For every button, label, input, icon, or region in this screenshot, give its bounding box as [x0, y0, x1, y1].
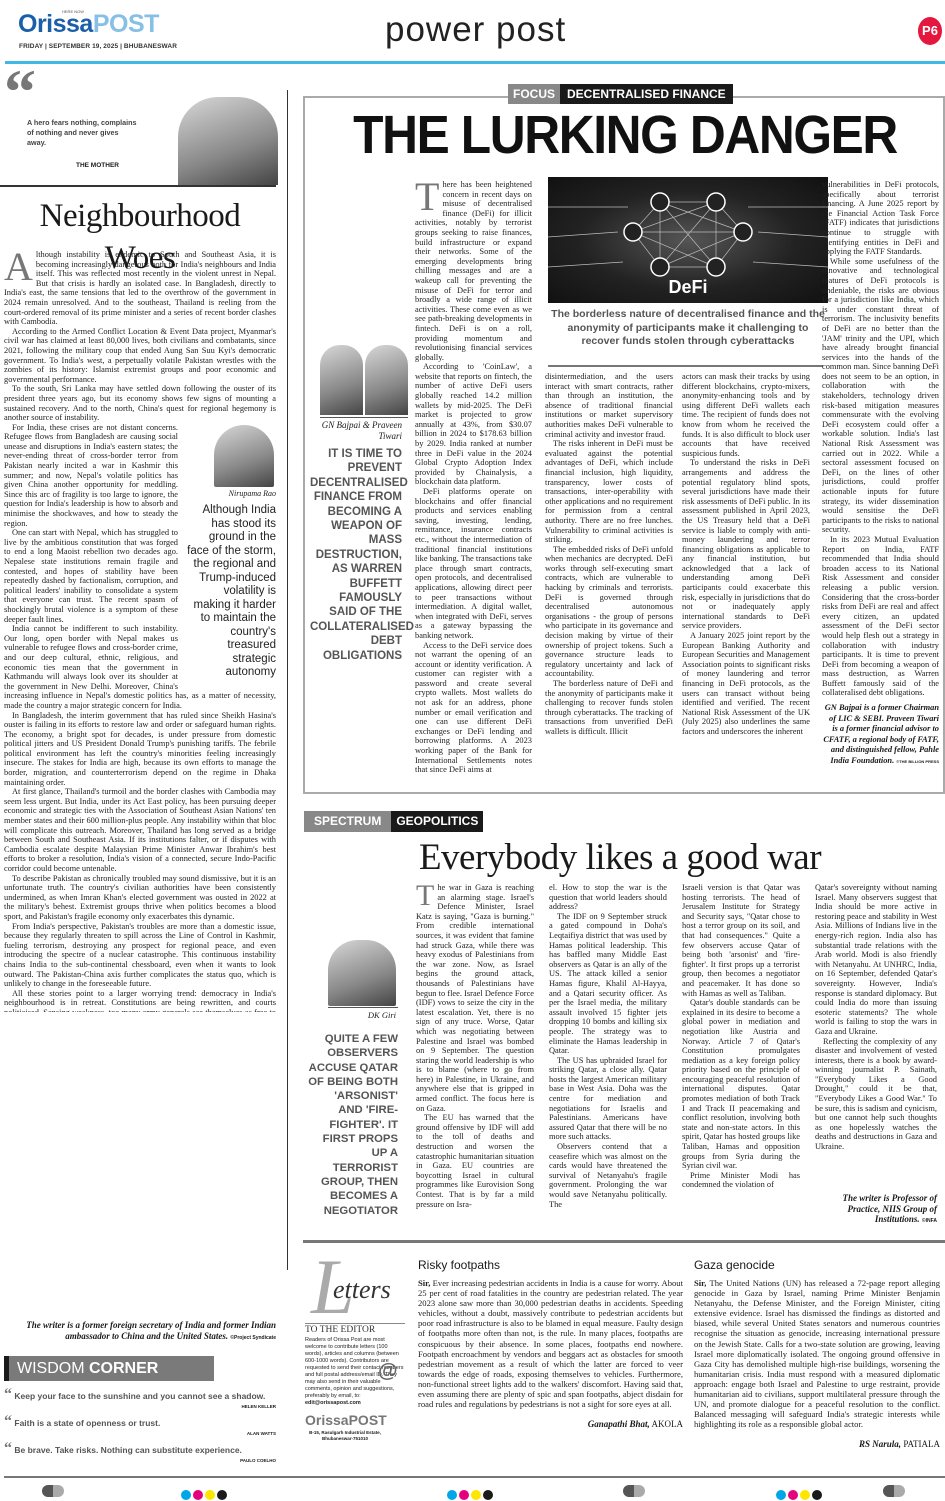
focus-authors-photo — [320, 345, 408, 415]
spectrum-col-3: Israeli version is that Qatar was hostin… — [682, 883, 800, 1228]
letter-gaza-genocide: Gaza genocide Sir, The United Nations (U… — [694, 1258, 940, 1449]
the-mother-photo — [178, 97, 278, 185]
wisdom-quote: “ Faith is a state of openness or trust.… — [4, 1413, 276, 1436]
masthead-rule — [5, 61, 945, 64]
divider — [0, 185, 276, 187]
quote-icon: “ — [4, 1440, 12, 1457]
divider — [4, 1476, 945, 1478]
spectrum-col-1: T he war in Gaza is reaching an alarming… — [416, 883, 534, 1228]
divider — [548, 365, 823, 367]
wisdom-corner: WISDOM CORNER “ Keep your face to the su… — [4, 1356, 276, 1463]
spectrum-col-4: Qatar's sovereignty without naming Israe… — [815, 883, 937, 1183]
quote-attribution: THE MOTHER — [76, 162, 119, 169]
author-photo-praveen-tiwari — [365, 345, 408, 415]
divider — [303, 1240, 945, 1243]
spectrum-pull-quote: Quite a few observers accuse Qatar of be… — [308, 1032, 398, 1218]
author-photo-gn-bajpai — [320, 345, 363, 415]
quote-box: “ A hero fears nothing, complains of not… — [0, 68, 285, 186]
column-divider — [287, 90, 288, 1270]
focus-authors: GN Bajpai & Praveen Tiwari — [320, 420, 402, 442]
letter-signature: Ganapathi Bhat, AKOLA — [418, 1419, 683, 1429]
spectrum-article-footer: The writer is Professor of Practice, NII… — [815, 1193, 937, 1227]
letters-masthead: L etters TO THE EDITOR Readers of Orissa… — [305, 1255, 405, 1442]
quote-icon: “ — [4, 1413, 12, 1430]
page-badge: P6 — [918, 17, 942, 45]
cmyk-dots-icon — [776, 1485, 824, 1501]
logo-tag: HERE NOW — [62, 9, 84, 14]
print-marks — [0, 1484, 945, 1498]
focus-kicker: FOCUS DECENTRALISED FINANCE — [508, 84, 733, 104]
letters-address: B-15, Rasulgarh Industrial Estate, Bhuba… — [305, 1430, 385, 1442]
quote-text: A hero fears nothing, complains of nothi… — [27, 118, 137, 148]
dropcap: A — [4, 251, 33, 283]
spectrum-headline: Everybody likes a good war — [400, 836, 840, 880]
letters-title: etters — [333, 1275, 391, 1305]
focus-headline: THE LURKING DANGER — [340, 104, 910, 166]
at-icon: @ — [378, 1360, 398, 1383]
wisdom-quote: “ Keep your face to the sunshine and you… — [4, 1386, 276, 1409]
wisdom-quote: “ Be brave. Take risks. Nothing can subs… — [4, 1440, 276, 1463]
spectrum-col-2: el. How to stop the war is the question … — [549, 883, 667, 1228]
spectrum-author: DK Giri — [328, 1010, 396, 1020]
registration-mark-icon — [42, 1485, 64, 1497]
divider — [320, 417, 408, 418]
letter-risky-footpaths: Risky footpaths Sir, Ever increasing ped… — [418, 1258, 683, 1429]
quote-mark-icon: “ — [4, 60, 36, 124]
registration-mark-icon — [883, 1485, 905, 1497]
author-photo-nirupama-rao — [214, 425, 274, 487]
letter-signature: RS Narula, PATIALA — [694, 1439, 940, 1449]
letters-email[interactable]: edit@orissapost.com — [305, 1400, 405, 1406]
focus-col-3: actors can mask their tracks by using di… — [682, 372, 810, 788]
letters-logo: OrissaPOST — [305, 1412, 405, 1428]
masthead: OrissaPOST HERE NOW FRIDAY | SEPTEMBER 1… — [0, 0, 945, 62]
registration-mark-icon — [623, 1485, 645, 1497]
wisdom-header: WISDOM CORNER — [4, 1356, 214, 1381]
author-name: Nirupama Rao — [184, 489, 276, 499]
letter-body: Sir, The United Nations (UN) has release… — [694, 1278, 940, 1429]
focus-pull-quote: It is time to prevent decentralised fina… — [310, 447, 402, 663]
focus-col-4: vulnerabilities in DeFi protocols, speci… — [822, 180, 939, 700]
divider — [328, 1007, 398, 1008]
letter-body: Sir, Ever increasing pedestrian accident… — [418, 1278, 683, 1409]
letter-title: Gaza genocide — [694, 1258, 940, 1272]
focus-col-1: T here has been heightened concern in re… — [415, 180, 532, 788]
author-photo-dk-giri — [328, 940, 396, 1006]
pull-quote: Although India has stood its ground in t… — [184, 504, 276, 680]
defi-image-caption: The borderless nature of decentralised f… — [548, 308, 828, 349]
letter-title: Risky footpaths — [418, 1258, 683, 1272]
author-sidebar: Nirupama Rao Although India has stood it… — [184, 425, 276, 680]
left-article-body: A lthough instability is endemic to Sout… — [4, 250, 276, 1012]
left-article-footer: The writer is a former foreign secretary… — [4, 1320, 276, 1344]
focus-article-footer: GN Bajpai is a former Chairman of LIC & … — [822, 703, 939, 768]
dropcap: T — [415, 181, 439, 213]
cmyk-dots-icon — [447, 1485, 495, 1501]
dropcap: T — [416, 884, 434, 908]
cmyk-dots-icon — [181, 1485, 229, 1501]
section-title: power post — [385, 10, 566, 50]
spectrum-kicker: SPECTRUM GEOPOLITICS — [304, 811, 483, 832]
defi-image: DeFi — [548, 177, 828, 303]
quote-icon: “ — [4, 1386, 12, 1403]
logo[interactable]: OrissaPOST — [18, 10, 159, 39]
dateline: FRIDAY | SEPTEMBER 19, 2025 | BHUBANESWA… — [19, 43, 177, 50]
focus-col-2: disintermediation, and the users interac… — [545, 372, 673, 788]
defi-image-label: DeFi — [548, 277, 828, 298]
